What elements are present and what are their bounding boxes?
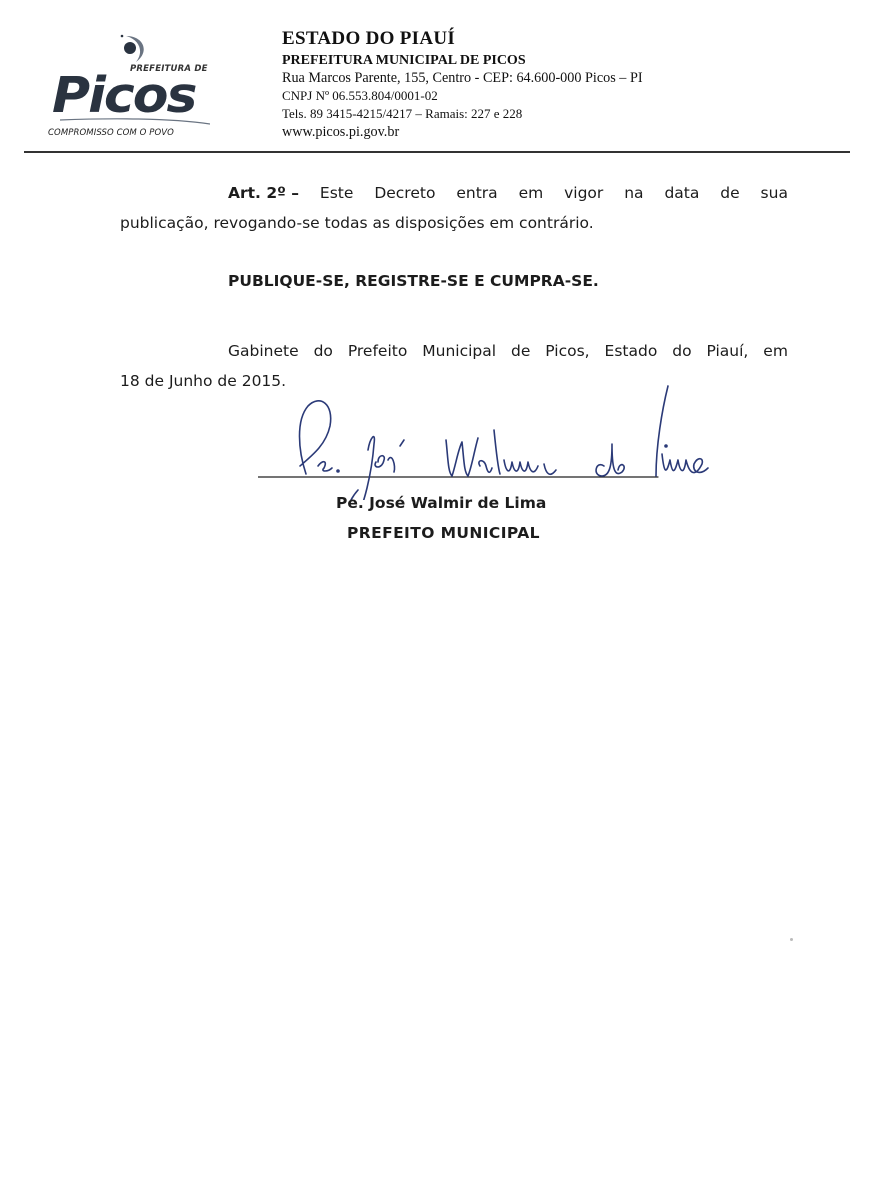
cnpj: CNPJ Nº 06.553.804/0001-02 xyxy=(282,87,643,105)
letterhead: ESTADO DO PIAUÍ PREFEITURA MUNICIPAL DE … xyxy=(282,28,643,141)
word: do xyxy=(314,336,333,366)
logo-swoosh-icon xyxy=(118,34,152,64)
article-line-2: publicação, revogando-se todas as dispos… xyxy=(120,208,788,238)
handwritten-signature xyxy=(258,380,718,500)
phones: Tels. 89 3415-4215/4217 – Ramais: 227 e … xyxy=(282,105,643,123)
word: do xyxy=(672,336,691,366)
word: entra xyxy=(456,178,497,208)
article-paragraph: Art. 2º – Este Decreto entra em vigor na… xyxy=(120,178,788,238)
word: Este xyxy=(320,178,353,208)
publication-order: PUBLIQUE-SE, REGISTRE-SE E CUMPRA-SE. xyxy=(228,272,599,290)
word: de xyxy=(720,178,739,208)
logo-tagline: COMPROMISSO COM O POVO xyxy=(48,128,174,138)
word: Decreto xyxy=(374,178,435,208)
word: sua xyxy=(761,178,788,208)
article-line-1: Art. 2º – Este Decreto entra em vigor na… xyxy=(120,178,788,208)
website: www.picos.pi.gov.br xyxy=(282,123,643,141)
municipality-logo: PREFEITURA DE Picos COMPROMISSO COM O PO… xyxy=(30,28,210,143)
municipality-name: PREFEITURA MUNICIPAL DE PICOS xyxy=(282,52,643,69)
word: vigor xyxy=(564,178,603,208)
word: em xyxy=(519,178,544,208)
header-divider xyxy=(24,151,850,153)
closing-line-1: Gabinete do Prefeito Municipal de Picos,… xyxy=(120,336,788,366)
word: em xyxy=(763,336,788,366)
article-label: Art. 2º – xyxy=(228,184,299,202)
word: Municipal xyxy=(422,336,496,366)
signatory-name: Pe. José Walmir de Lima xyxy=(336,494,546,512)
state-name: ESTADO DO PIAUÍ xyxy=(282,28,643,50)
word: Picos, xyxy=(545,336,589,366)
address: Rua Marcos Parente, 155, Centro - CEP: 6… xyxy=(282,69,643,87)
word: Piauí, xyxy=(706,336,748,366)
signatory-title: PREFEITO MUNICIPAL xyxy=(347,524,540,542)
word: na xyxy=(624,178,643,208)
word: Gabinete xyxy=(120,336,299,366)
word: Estado xyxy=(605,336,658,366)
word: data xyxy=(664,178,699,208)
word: Prefeito xyxy=(348,336,408,366)
logo-underline-icon xyxy=(60,116,210,126)
scan-speck xyxy=(790,938,793,941)
word: de xyxy=(511,336,530,366)
